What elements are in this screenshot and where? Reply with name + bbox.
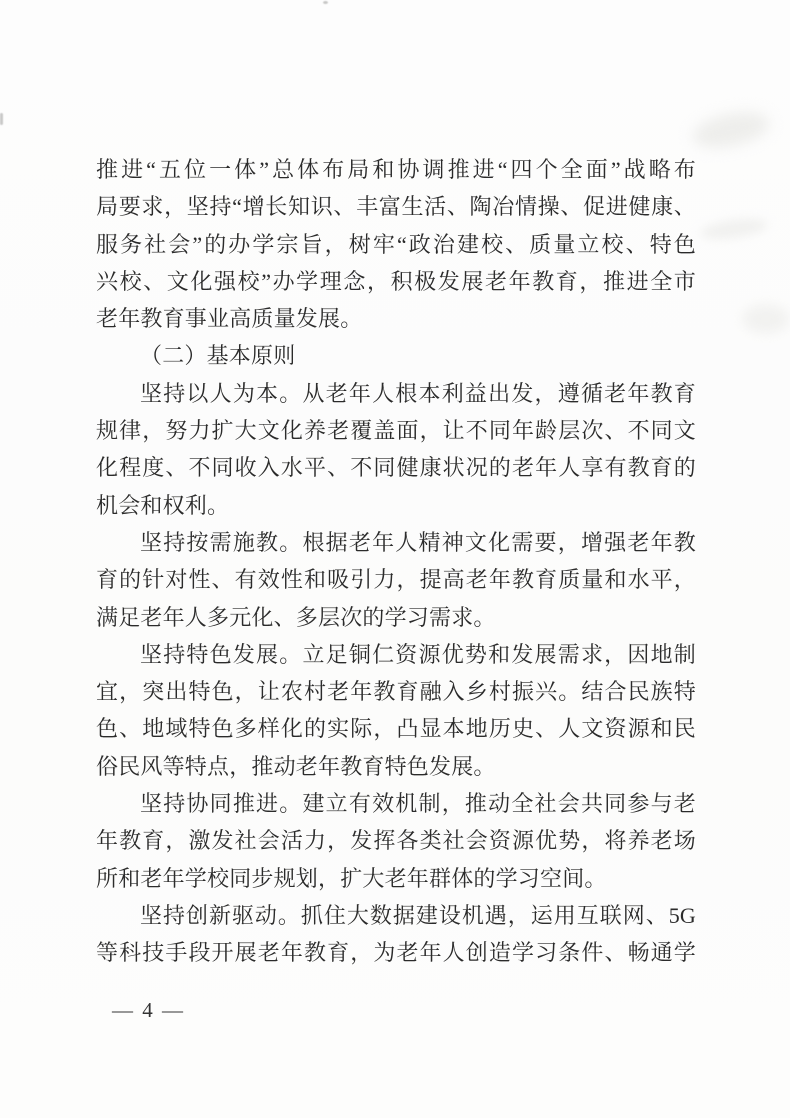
text-line: 坚持创新驱动。抓住大数据建设机遇，运用互联网、5G [96,897,696,934]
paragraph: （二）基本原则 [96,337,696,374]
page-number: — 4 — [112,998,185,1023]
paragraph: 坚持创新驱动。抓住大数据建设机遇，运用互联网、5G等科技手段开展老年教育，为老年… [96,897,696,972]
scan-smudge [699,215,769,242]
text-line: 兴校、文化强校”办学理念，积极发展老年教育，推进全市 [96,263,696,300]
text-line: 化程度、不同收入水平、不同健康状况的老年人享有教育的 [96,449,696,486]
text-line: 坚持协同推进。建立有效机制，推动全社会共同参与老 [96,785,696,822]
document-body: 推进“五位一体”总体布局和协调推进“四个全面”战略布局要求，坚持“增长知识、丰富… [96,151,696,972]
paragraph: 坚持特色发展。立足铜仁资源优势和发展需求，因地制宜，突出特色，让农村老年教育融入… [96,636,696,785]
text-line: 局要求，坚持“增长知识、丰富生活、陶冶情操、促进健康、 [96,188,696,225]
text-line: 育的针对性、有效性和吸引力，提高老年教育质量和水平， [96,561,696,598]
text-line: 机会和权利。 [96,487,696,524]
paragraph: 坚持按需施教。根据老年人精神文化需要，增强老年教育的针对性、有效性和吸引力，提高… [96,524,696,636]
text-line: 所和老年学校同步规划，扩大老年群体的学习空间。 [96,860,696,897]
text-line: 俗民风等特点，推动老年教育特色发展。 [96,748,696,785]
text-line: 规律，努力扩大文化养老覆盖面，让不同年龄层次、不同文 [96,412,696,449]
text-line: 老年教育事业高质量发展。 [96,300,696,337]
scan-speck [323,1,328,4]
text-line: 色、地域特色多样化的实际，凸显本地历史、人文资源和民 [96,710,696,747]
scan-smudge [742,304,790,334]
scan-speck [0,113,3,125]
text-line: 满足老年人多元化、多层次的学习需求。 [96,599,696,636]
text-line: 坚持按需施教。根据老年人精神文化需要，增强老年教 [96,524,696,561]
text-line: 推进“五位一体”总体布局和协调推进“四个全面”战略布 [96,151,696,188]
scan-smudge [690,106,773,154]
text-line: 服务社会”的办学宗旨，树牢“政治建校、质量立校、特色 [96,226,696,263]
text-line: 坚持以人为本。从老年人根本利益出发，遵循老年教育 [96,375,696,412]
text-line: 等科技手段开展老年教育，为老年人创造学习条件、畅通学 [96,934,696,971]
text-line: （二）基本原则 [96,337,696,374]
paragraph: 坚持以人为本。从老年人根本利益出发，遵循老年教育规律，努力扩大文化养老覆盖面，让… [96,375,696,524]
paragraph: 推进“五位一体”总体布局和协调推进“四个全面”战略布局要求，坚持“增长知识、丰富… [96,151,696,337]
text-line: 年教育，激发社会活力，发挥各类社会资源优势，将养老场 [96,822,696,859]
scanned-document-page: 推进“五位一体”总体布局和协调推进“四个全面”战略布局要求，坚持“增长知识、丰富… [0,0,790,1118]
text-line: 宜，突出特色，让农村老年教育融入乡村振兴。结合民族特 [96,673,696,710]
text-line: 坚持特色发展。立足铜仁资源优势和发展需求，因地制 [96,636,696,673]
paragraph: 坚持协同推进。建立有效机制，推动全社会共同参与老年教育，激发社会活力，发挥各类社… [96,785,696,897]
